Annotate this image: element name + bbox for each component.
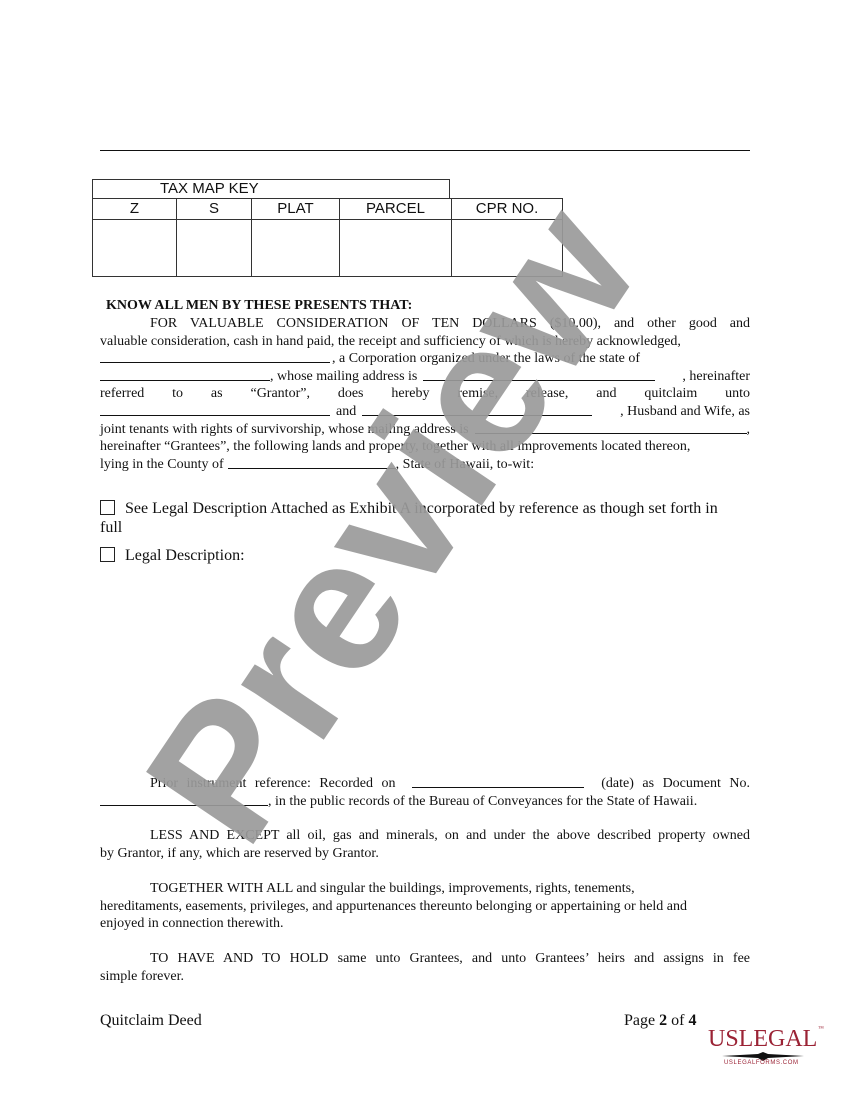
grantee-1-blank[interactable] — [100, 403, 330, 416]
together-with-paragraph: TOGETHER WITH ALL and singular the build… — [100, 880, 750, 933]
section-heading: KNOW ALL MEN BY THESE PRESENTS THAT: — [106, 298, 412, 314]
tmk-col-cpr-no[interactable]: CPR NO. — [451, 199, 562, 276]
tax-map-key-title: TAX MAP KEY — [160, 180, 259, 197]
tmk-col-label: PLAT — [252, 199, 339, 220]
tmk-col-plat[interactable]: PLAT — [251, 199, 339, 276]
tmk-col-label: PARCEL — [340, 199, 451, 220]
logo-brand-text: USLEGAL — [708, 1026, 817, 1053]
option-exhibit-a: See Legal Description Attached as Exhibi… — [100, 499, 750, 537]
less-and-except-paragraph: LESS AND EXCEPT all oil, gas and mineral… — [100, 827, 750, 862]
county-blank[interactable] — [228, 456, 396, 469]
habendum-paragraph: TO HAVE AND TO HOLD same unto Grantees, … — [100, 950, 750, 985]
uslegal-logo[interactable]: USLEGAL ™ USLEGALFORMS.COM — [708, 1026, 823, 1071]
grantor-name-blank[interactable] — [100, 350, 330, 363]
prior-instrument-paragraph: Prior instrument reference: Recorded on(… — [100, 775, 750, 810]
grantor-state-blank[interactable] — [100, 368, 270, 381]
recorded-date-blank[interactable] — [412, 775, 584, 788]
tmk-col-label: CPR NO. — [452, 199, 562, 220]
grantor-address-blank[interactable] — [423, 368, 655, 381]
logo-site-text: USLEGALFORMS.COM — [724, 1060, 799, 1066]
tmk-col-s[interactable]: S — [176, 199, 251, 276]
option-legal-description: Legal Description: — [100, 546, 750, 565]
document-number-blank[interactable] — [100, 793, 268, 806]
trademark-icon: ™ — [818, 1026, 824, 1032]
footer-page-number: Page 2 of 4 — [624, 1012, 696, 1030]
grantee-2-blank[interactable] — [362, 403, 592, 416]
tmk-col-label: S — [177, 199, 251, 220]
tax-map-key-header: TAX MAP KEY — [92, 179, 450, 198]
tmk-col-z[interactable]: Z — [93, 199, 176, 276]
tmk-col-label: Z — [93, 199, 176, 220]
document-page: TAX MAP KEY Z S PLAT PARCEL CPR NO. KNOW… — [0, 0, 850, 1100]
footer-document-title: Quitclaim Deed — [100, 1012, 202, 1030]
tax-map-key-grid: Z S PLAT PARCEL CPR NO. — [92, 198, 563, 277]
grantees-address-blank[interactable] — [475, 421, 747, 434]
exhibit-a-checkbox[interactable] — [100, 500, 115, 515]
consideration-paragraph: FOR VALUABLE CONSIDERATION OF TEN DOLLAR… — [100, 315, 750, 473]
tmk-col-parcel[interactable]: PARCEL — [339, 199, 451, 276]
top-rule — [100, 150, 750, 151]
legal-description-checkbox[interactable] — [100, 547, 115, 562]
